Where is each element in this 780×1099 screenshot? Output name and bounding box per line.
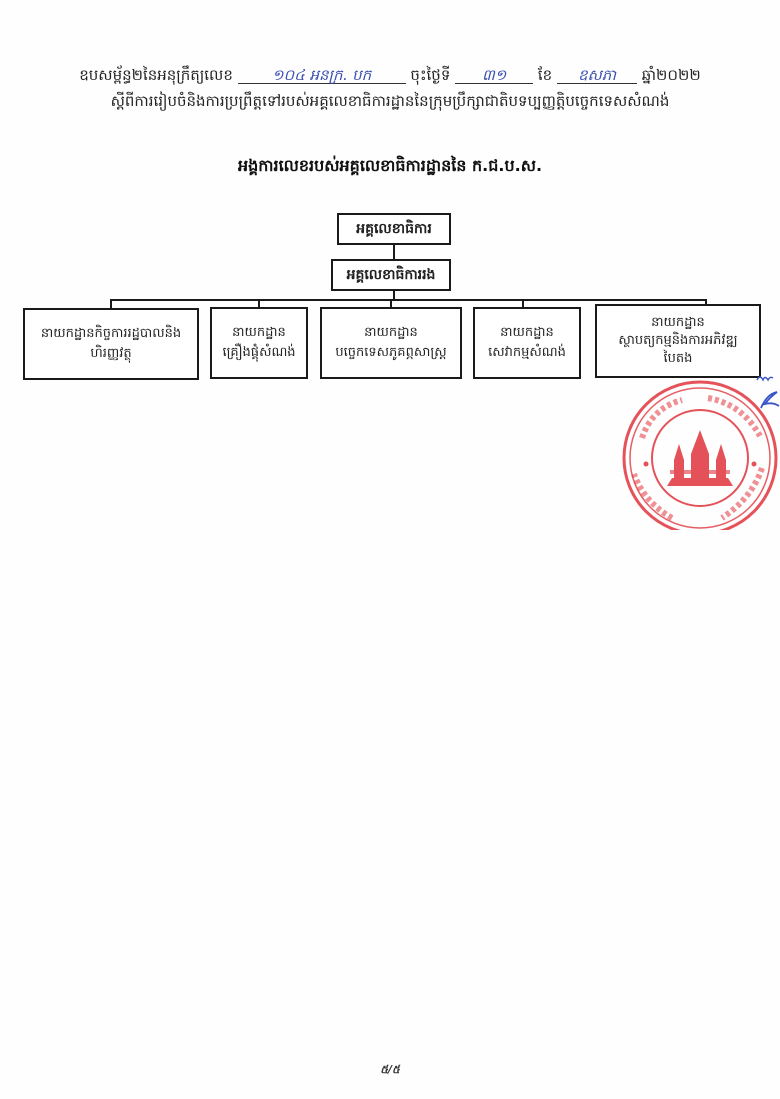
decree-number-handwritten: ១០៤ អនក្រ. បក [238,67,406,84]
annex-header-line: ឧបសម្ព័ន្ធ២នៃអនុក្រឹត្យលេខ ១០៤ អនក្រ. បក… [0,66,780,88]
department-line-2: ស្ថាបត្យកម្មនិងការអភិវឌ្ឍ [618,332,737,350]
department-line-3: បៃតង [664,350,693,368]
org-node-architecture-green-dev-department: នាយកដ្ឋាន ស្ថាបត្យកម្មនិងការអភិវឌ្ឍ បៃតង [595,304,761,378]
official-seal-icon [612,378,780,530]
department-line-1: នាយកដ្ឋាន [232,323,286,343]
day-label: ចុះថ្ងៃទី [410,66,450,84]
page-number: ៥/៥ [0,1063,780,1079]
annex-prefix: ឧបសម្ព័ន្ធ២នៃអនុក្រឹត្យលេខ [79,66,233,84]
org-node-construction-services-department: នាយកដ្ឋាន សេវាកម្មសំណង់ [473,307,581,379]
org-node-admin-finance-department: នាយកដ្ឋានកិច្ចការរដ្ឋបាលនិង ហិរញ្ញវត្ថុ [23,308,199,380]
department-line-1: នាយកដ្ឋាន [364,323,418,343]
org-node-deputy-secretary-general: អគ្គលេខាធិការរង [331,259,451,291]
subject-line: ស្ដីពីការរៀបចំនិងការប្រព្រឹត្តទៅរបស់អគ្គ… [0,92,780,114]
department-line-2: គ្រឿងផ្គុំសំណង់ [222,343,295,363]
connector-root-to-deputy [393,243,395,259]
month-label: ខែ [538,66,552,84]
org-node-construction-materials-department: នាយកដ្ឋាន គ្រឿងផ្គុំសំណង់ [210,307,308,379]
org-node-secretary-general: អគ្គលេខាធិការ [337,213,451,245]
year-label: ឆ្នាំ២០២២ [642,66,701,84]
connector-horizontal-bus [110,299,706,301]
org-node-label: អគ្គលេខាធិការរង [347,265,436,285]
org-node-label: អគ្គលេខាធិការ [356,219,432,239]
department-line-1: នាយកដ្ឋាន [500,323,554,343]
department-line-2: បច្ចេកទេសភូគព្ភសាស្ត្រ [335,343,446,363]
department-line-1: នាយកដ្ឋានកិច្ចការរដ្ឋបាលនិង [41,324,181,344]
month-value-handwritten: ឧសភា [557,67,637,84]
department-line-2: ហិរញ្ញវត្ថុ [90,344,131,364]
org-node-geotechnical-department: នាយកដ្ឋាន បច្ចេកទេសភូគព្ភសាស្ត្រ [320,307,462,379]
department-line-2: សេវាកម្មសំណង់ [488,343,566,363]
document-page: ឧបសម្ព័ន្ធ២នៃអនុក្រឹត្យលេខ ១០៤ អនក្រ. បក… [0,0,780,1099]
department-line-1: នាយកដ្ឋាន [651,314,705,332]
org-chart-title: អង្គការលេខរបស់អគ្គលេខាធិការដ្ឋាននៃ ក.ជ.ប… [0,155,780,179]
day-value-handwritten: ៣១ [455,67,533,84]
